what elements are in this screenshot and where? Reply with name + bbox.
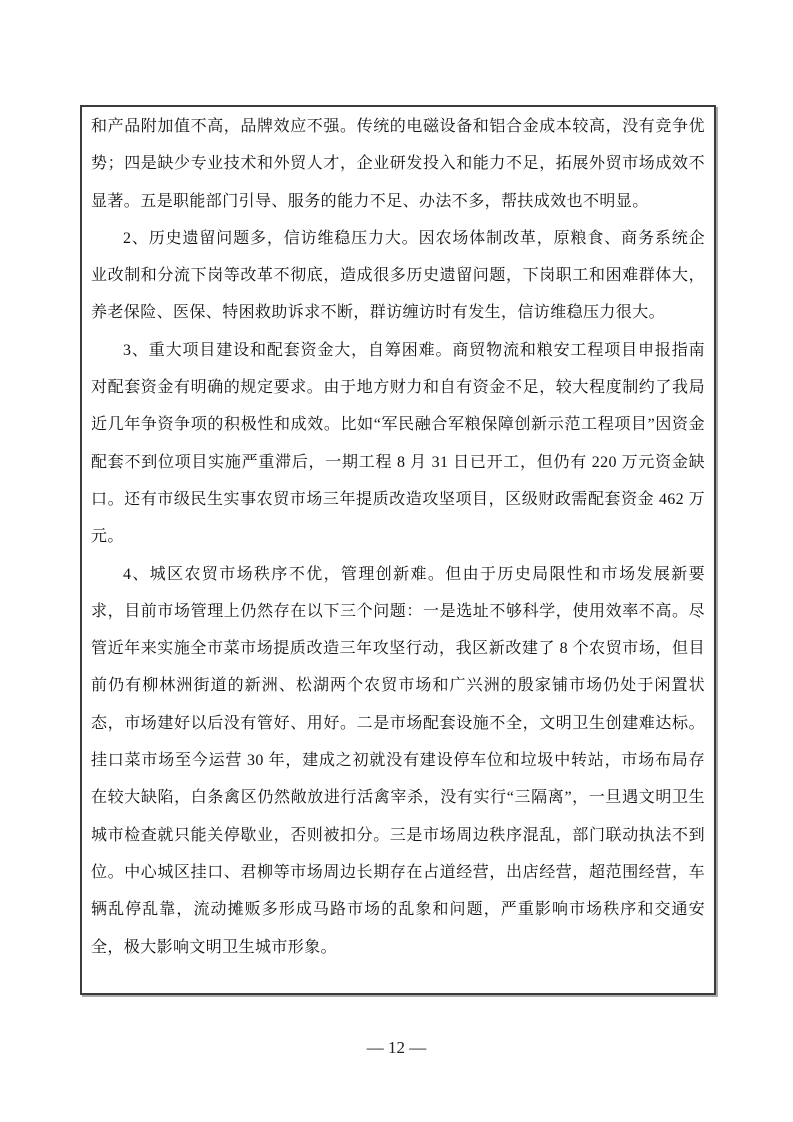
body-paragraph-4: 4、城区农贸市场秩序不优，管理创新难。但由于历史局限性和市场发展新要求，目前市场… <box>91 556 705 966</box>
body-paragraph-1: 和产品附加值不高，品牌效应不强。传统的电磁设备和铝合金成本较高，没有竞争优势；四… <box>91 108 705 220</box>
body-paragraph-2: 2、历史遗留问题多，信访维稳压力大。因农场体制改革，原粮食、商务系统企业改制和分… <box>91 220 705 332</box>
body-paragraph-3: 3、重大项目建设和配套资金大，自筹困难。商贸物流和粮安工程项目申报指南对配套资金… <box>91 332 705 556</box>
page-number: — 12 — <box>0 1038 793 1058</box>
content-border-box: 和产品附加值不高，品牌效应不强。传统的电磁设备和铝合金成本较高，没有竞争优势；四… <box>80 105 716 995</box>
document-page: 和产品附加值不高，品牌效应不强。传统的电磁设备和铝合金成本较高，没有竞争优势；四… <box>0 0 793 1122</box>
